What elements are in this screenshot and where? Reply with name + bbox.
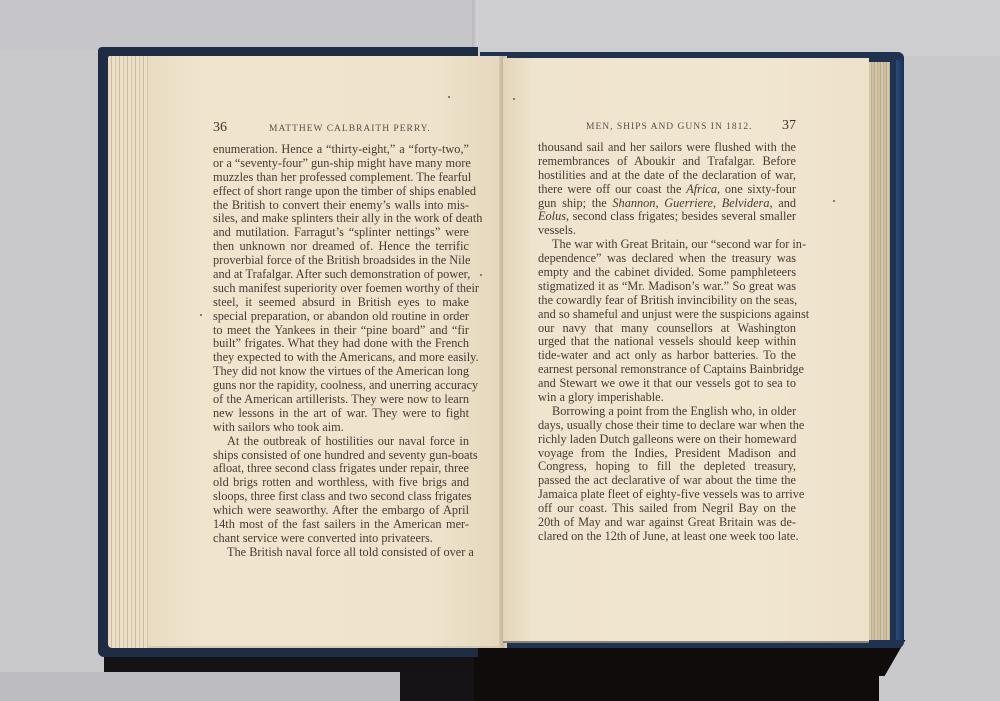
text-line: sloops, three first class and two second… (213, 490, 469, 504)
text-line: and Stewart we owe it that our vessels g… (538, 377, 796, 391)
text-line: clared on the 12th of June, at least one… (538, 530, 796, 544)
ship-name: Shannon (612, 196, 655, 210)
text-line: old brigs rotten and worthless, with fiv… (213, 476, 469, 490)
text-line: stigmatized it as “Mr. Madison’s war.” S… (538, 280, 796, 294)
page-stack-right (866, 62, 890, 640)
text-line-eolus: Eolus, second class frigates; besides se… (538, 210, 796, 224)
running-head-right: MEN, SHIPS AND GUNS IN 1812. (586, 122, 753, 132)
text: , second class frigates; besides several… (566, 209, 796, 223)
text-line: They did not know the virtues of the Ame… (213, 365, 469, 379)
text-line: the cowardly fear of British invincibili… (538, 294, 796, 308)
text-line: then unknown nor dreamed of. Hence the t… (213, 240, 469, 254)
text-line: Congress, hoping to fill the depleted tr… (538, 460, 796, 474)
text-line: effect of short range upon the timber of… (213, 185, 469, 199)
text-line: thousand sail and her sailors were flush… (538, 141, 796, 155)
text-line-africa: there were off our coast the Africa, one… (538, 183, 796, 197)
text-line: passed the act declarative of war about … (538, 474, 796, 488)
paragraph-start: Borrowing a point from the English who, … (538, 405, 796, 419)
paper-speck (513, 98, 515, 100)
text-line: and mutilation. Farragut’s “splinter net… (213, 226, 469, 240)
text-line: our navy that many counsellors at Washin… (538, 322, 796, 336)
paragraph-start: The British naval force all told consist… (213, 546, 469, 560)
text-line: afloat, three second class frigates unde… (213, 462, 469, 476)
page-number-left: 36 (213, 120, 227, 136)
text-line: tide-water and act only as harbor batter… (538, 349, 796, 363)
text-line: steel, it seemed absurd in British eyes … (213, 296, 469, 310)
background-left (0, 0, 472, 50)
paragraph-start: At the outbreak of hostilities our naval… (213, 435, 469, 449)
text-line: they expected to with the Americans, and… (213, 351, 469, 365)
text-line: new lessons in the art of war. They were… (213, 407, 469, 421)
text-line: 20th of May and war against Great Britai… (538, 516, 796, 530)
text-line: guns nor the rapidity, coolness, and une… (213, 379, 469, 393)
text-line: special preparation, or abandon old rout… (213, 310, 469, 324)
text-line: muzzles than her professed complement. T… (213, 171, 469, 185)
text-line: and so shameful and unjust were the susp… (538, 308, 796, 322)
text-line: which were seaworthy. After the embargo … (213, 504, 469, 518)
paper-speck (200, 314, 202, 316)
text-line: built” frigates. What they had done with… (213, 337, 469, 351)
right-page: MEN, SHIPS AND GUNS IN 1812. 37 thousand… (503, 58, 869, 643)
background-right (478, 0, 1000, 56)
left-page-body: enumeration. Hence a “thirty-eight,” a “… (213, 143, 469, 560)
text: there were off our coast the (538, 182, 686, 196)
paragraph-start: The war with Great Britain, our “second … (538, 238, 796, 252)
text-line: 14th most of the fast sailers in the Ame… (213, 518, 469, 532)
ship-name: Eolus (538, 209, 566, 223)
text: , (713, 196, 722, 210)
text-line: with sailors who took aim. (213, 421, 469, 435)
text: , one sixty-four (717, 182, 796, 196)
paper-speck (448, 96, 450, 98)
text-line: urged that the national vessels should k… (538, 335, 796, 349)
running-head-left: MATTHEW CALBRAITH PERRY. (269, 124, 431, 134)
text-line: richly laden Dutch galleons were on thei… (538, 433, 796, 447)
text-line: empty and the cabinet divided. Some pamp… (538, 266, 796, 280)
text: gun ship; the (538, 196, 612, 210)
text-line: win a glory imperishable. (538, 391, 796, 405)
page-number-right: 37 (782, 118, 796, 134)
text-line-ships: gun ship; the Shannon, Guerriere, Belvid… (538, 197, 796, 211)
text-line: days, usually chose their time to declar… (538, 419, 796, 433)
ship-name: Belvidera (722, 196, 770, 210)
text: , and (770, 196, 797, 210)
text-line: or a “seventy-four” gun-ship might have … (213, 157, 469, 171)
text-line: of the American artillerists. They were … (213, 393, 469, 407)
text-line: vessels. (538, 224, 796, 238)
background-seam (472, 0, 478, 52)
left-page: 36 MATTHEW CALBRAITH PERRY. enumeration.… (148, 56, 502, 648)
text-line: off our coast. This sailed from Negril B… (538, 502, 796, 516)
back-cover-edge (896, 60, 904, 640)
text-line: and at Trafalgar. After such demonstrati… (213, 268, 469, 282)
text-line: siles, and make splinters their ally in … (213, 212, 469, 226)
text-line: voyage from the Indies, President Madiso… (538, 447, 796, 461)
text-line: earnest personal remonstrance of Captain… (538, 363, 796, 377)
page-stack-left (108, 56, 152, 648)
book-shadow-right (474, 640, 879, 701)
text-line: the British to convert their enemy’s wal… (213, 199, 469, 213)
text-line: ships consisted of one hundred and seven… (213, 449, 469, 463)
text-line: to meet the Yankees in their “pine board… (213, 324, 469, 338)
text-line: hostilities and at the date of the decla… (538, 169, 796, 183)
paper-speck (480, 274, 482, 276)
text-line: dependence” was declared when the treasu… (538, 252, 796, 266)
right-page-body: thousand sail and her sailors were flush… (538, 141, 796, 544)
paper-speck (833, 200, 835, 202)
text-line: proverbial force of the British broadsid… (213, 254, 469, 268)
ship-name: Africa (686, 182, 717, 196)
text: , (655, 196, 664, 210)
text-line: remembrances of Aboukir and Trafalgar. B… (538, 155, 796, 169)
text-line: such manifest superiority over foemen wo… (213, 282, 469, 296)
text-line: enumeration. Hence a “thirty-eight,” a “… (213, 143, 469, 157)
text-line: chant service were converted into privat… (213, 532, 469, 546)
text-line: Jamaica plate fleet of eighty-five vesse… (538, 488, 796, 502)
ship-name: Guerriere (664, 196, 713, 210)
